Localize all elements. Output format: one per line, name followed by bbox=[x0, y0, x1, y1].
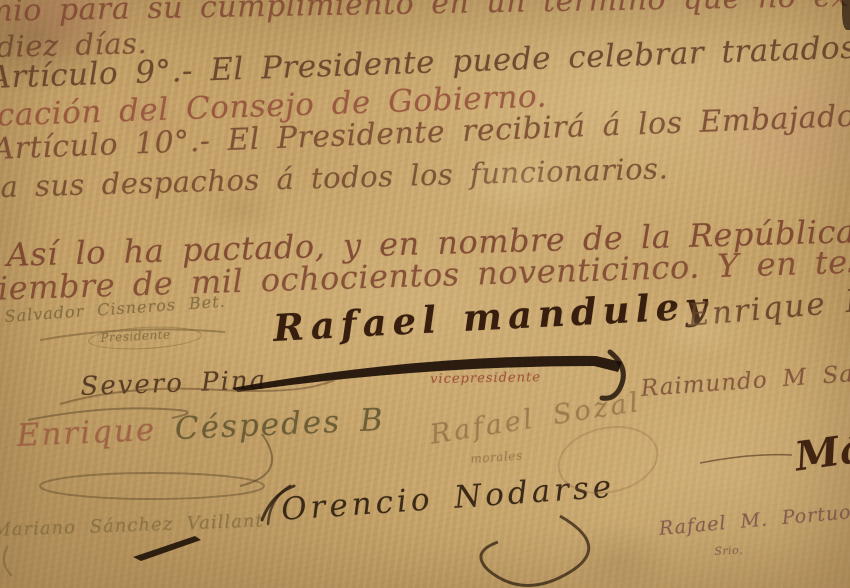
signature-enrique-cespedes-first: Enrique bbox=[16, 411, 176, 454]
left-edge-curl bbox=[4, 546, 12, 576]
signature-orencio-nodarse: Orencio Nodarse bbox=[280, 469, 616, 528]
ma-leadin-stroke bbox=[700, 455, 792, 463]
signature-rafael-faint: Rafael Sozal bbox=[428, 387, 643, 451]
text-line-1: mio para su cumplimiento en un término q… bbox=[0, 0, 850, 29]
right-edge-dark-mark bbox=[842, 0, 850, 30]
signature-enrique-cespedes-last: Céspedes B bbox=[174, 402, 385, 447]
signature-rafael-faint-subline: morales bbox=[470, 448, 523, 466]
nodarse-descender-loop bbox=[481, 516, 589, 586]
cespedes-underloop bbox=[40, 473, 264, 499]
vaillant-thick-stroke bbox=[133, 536, 201, 561]
signature-severo-pina: Severo Pina bbox=[80, 365, 268, 401]
signature-ma-cut-right-edge: Má bbox=[792, 424, 850, 480]
signature-enrique-cespedes: Enrique Céspedes B bbox=[16, 402, 385, 454]
signature-title-secretario: Srio. bbox=[714, 543, 743, 557]
manduley-swoosh-stroke bbox=[232, 356, 622, 392]
signature-rafael-portuondo: Rafael M. Portuondo bbox=[658, 498, 850, 540]
signature-title-vicepresidente: vicepresidente bbox=[430, 370, 541, 387]
manuscript-photo: mio para su cumplimiento en un término q… bbox=[0, 0, 850, 588]
signature-mariano-sanchez-vaillant: Mariano Sánchez Vaillant bbox=[0, 511, 264, 541]
signature-raimundo-san-cut: Raimundo M San bbox=[640, 360, 850, 402]
